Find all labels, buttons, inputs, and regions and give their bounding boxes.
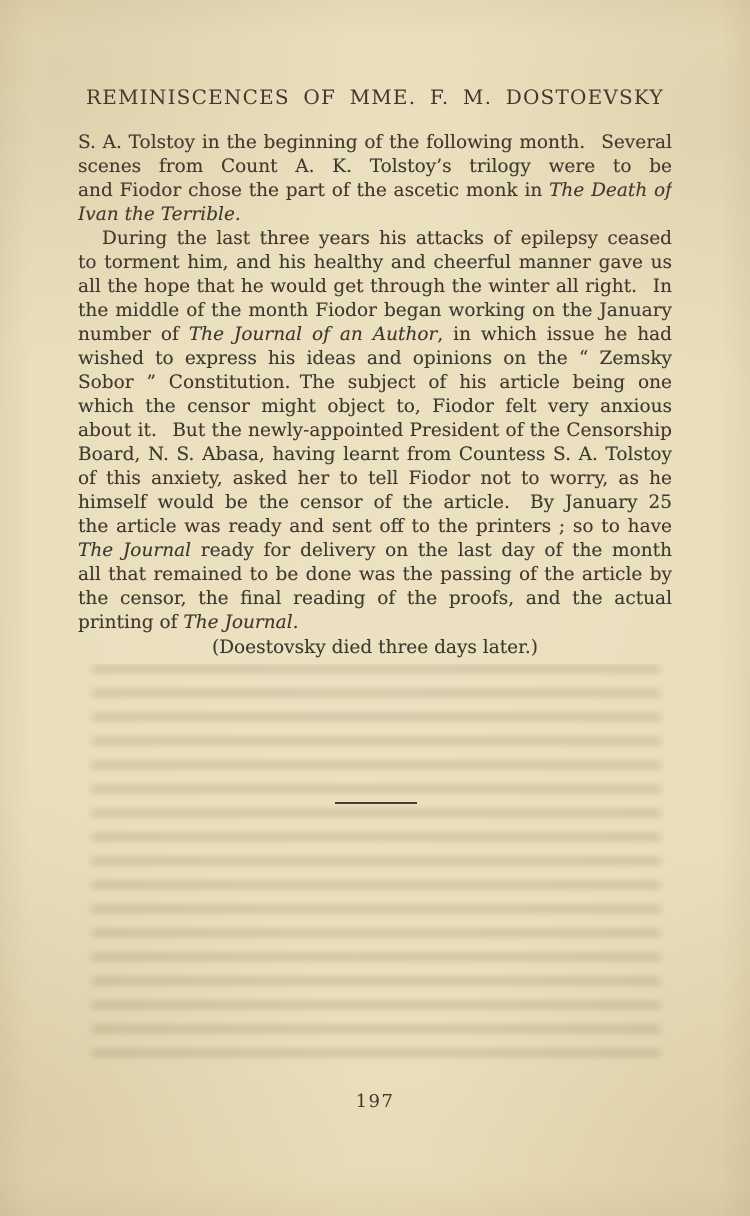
text-line: Board, N. S. Abasa, having learnt from C… <box>78 443 672 467</box>
text-line: himself would be the censor of the artic… <box>78 491 672 515</box>
text-segment: wished to express his ideas and opinions… <box>78 348 672 369</box>
text-line: Ivan the Terrible. <box>78 203 672 227</box>
book-page: REMINISCENCES OF MME. F. M. DOSTOEVSKY S… <box>0 0 750 1216</box>
running-head: REMINISCENCES OF MME. F. M. DOSTOEVSKY <box>0 85 750 109</box>
text-segment: the middle of the month Fiodor began wor… <box>78 300 672 321</box>
text-line: the article was ready and sent off to th… <box>78 515 672 539</box>
text-segment: which the censor might object to, Fiodor… <box>78 396 672 417</box>
text-segment: about it. But the newly-appointed Presid… <box>78 420 672 441</box>
text-segment: all that remained to be done was the pas… <box>78 564 672 585</box>
text-line: to torment him, and his healthy and chee… <box>78 251 672 275</box>
italic-text-segment: The Journal. <box>183 612 298 633</box>
italic-text-segment: The Death of <box>549 180 672 201</box>
text-segment: S. A. Tolstoy in the beginning of the fo… <box>78 132 672 153</box>
text-segment: , in which issue he had <box>437 324 672 345</box>
text-segment: himself would be the censor of the artic… <box>78 492 672 513</box>
text-segment: scenes from Count A. K. Tolstoy’s trilog… <box>78 156 672 179</box>
page-text: S. A. Tolstoy in the beginning of the fo… <box>78 131 672 635</box>
page-number: 197 <box>0 1091 750 1112</box>
text-segment: and Fiodor chose the part of the ascetic… <box>78 180 549 201</box>
text-line: Sobor ” Constitution. The subject of his… <box>78 371 672 395</box>
text-segment: Board, N. S. Abasa, having learnt from C… <box>78 444 672 465</box>
text-line: and Fiodor chose the part of the ascetic… <box>78 179 672 203</box>
closing-line: (Doestovsky died three days later.) <box>78 636 672 660</box>
text-line: all the hope that he would get through t… <box>78 275 672 299</box>
text-segment: Sobor ” Constitution. The subject of his… <box>78 372 672 393</box>
section-divider-rule <box>335 802 417 804</box>
text-line: scenes from Count A. K. Tolstoy’s trilog… <box>78 155 672 179</box>
text-segment: During the last three years his attacks … <box>102 228 672 249</box>
text-line: all that remained to be done was the pas… <box>78 563 672 587</box>
text-segment: of this anxiety, asked her to tell Fiodo… <box>78 468 672 489</box>
text-segment: the censor, the final reading of the pro… <box>78 588 672 609</box>
text-line: which the censor might object to, Fiodor… <box>78 395 672 419</box>
text-segment: printing of <box>78 612 183 633</box>
italic-text-segment: Ivan the Terrible. <box>78 204 241 225</box>
text-line: printing of The Journal. <box>78 611 672 635</box>
page-bleedthrough <box>86 664 666 1066</box>
text-segment: number of <box>78 324 189 345</box>
text-segment: all the hope that he would get through t… <box>78 276 672 297</box>
text-line: The Journal ready for delivery on the la… <box>78 539 672 563</box>
text-line: of this anxiety, asked her to tell Fiodo… <box>78 467 672 491</box>
text-line: During the last three years his attacks … <box>78 227 672 251</box>
text-line: about it. But the newly-appointed Presid… <box>78 419 672 443</box>
text-line: the middle of the month Fiodor began wor… <box>78 299 672 323</box>
text-segment: the article was ready and sent off to th… <box>78 516 672 537</box>
italic-text-segment: The Journal <box>78 540 191 561</box>
text-line: wished to express his ideas and opinions… <box>78 347 672 371</box>
text-line: S. A. Tolstoy in the beginning of the fo… <box>78 131 672 155</box>
paragraph: S. A. Tolstoy in the beginning of the fo… <box>78 131 672 227</box>
paragraph: During the last three years his attacks … <box>78 227 672 635</box>
italic-text-segment: The Journal of an Author <box>189 324 438 345</box>
text-line: the censor, the final reading of the pro… <box>78 587 672 611</box>
text-segment: to torment him, and his healthy and chee… <box>78 252 672 273</box>
text-line: number of The Journal of an Author, in w… <box>78 323 672 347</box>
text-segment: ready for delivery on the last day of th… <box>191 540 672 561</box>
